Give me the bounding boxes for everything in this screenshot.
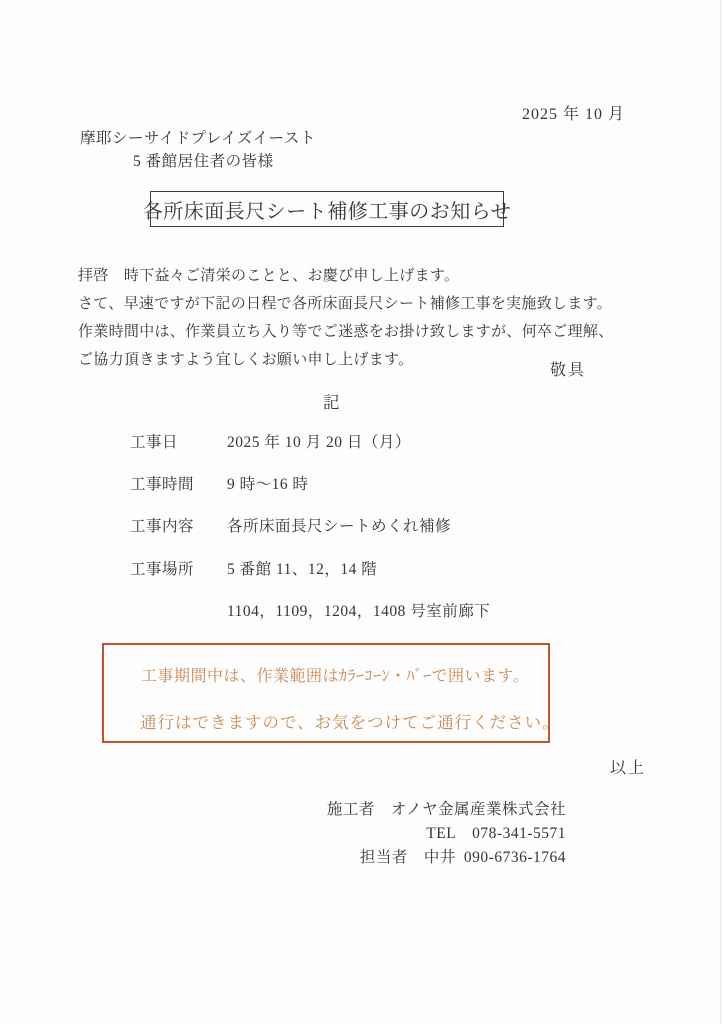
addressee-residents: 5 番館居住者の皆様 <box>133 149 274 171</box>
detail-value: 2025 年 10 月 20 日（月） <box>227 430 411 452</box>
contractor-name: オノヤ金属産業株式会社 <box>391 801 566 818</box>
contact-person-line: 担当者中井090-6736-1764 <box>327 846 566 870</box>
greeting-line: 拝啓 時下益々ご清栄のことと、お慶び申し上げます。 <box>78 262 614 290</box>
notice-title-box: 各所床面長尺シート補修工事のお知らせ <box>150 191 504 227</box>
closing-keigu: 敬具 <box>550 357 586 380</box>
detail-row-construction-content: 工事内容 各所床面長尺シートめくれ補修 <box>0 514 724 536</box>
detail-row-construction-date: 工事日 2025 年 10 月 20 日（月） <box>0 430 724 452</box>
detail-label: 工事内容 <box>130 514 194 536</box>
end-marker-ijou: 以上 <box>610 755 646 778</box>
greeting-line: 作業時間中は、作業員立ち入り等でご迷惑をお掛け致しますが、何卒ご理解、 <box>78 318 614 346</box>
detail-label: 工事日 <box>130 430 178 452</box>
tel-label: TEL <box>426 825 456 842</box>
contractor-line: 施工者オノヤ金属産業株式会社 <box>327 798 566 822</box>
tel-line: TEL078-341-5571 <box>327 822 566 846</box>
detail-row-construction-hours: 工事時間 9 時～16 時 <box>0 472 724 494</box>
greeting-line: さて、早速ですが下記の日程で各所床面長尺シート補修工事を実施致します。 <box>78 290 614 318</box>
scanned-notice-document: 2025 年 10 月 摩耶シーサイドプレイズイースト 5 番館居住者の皆様 各… <box>0 0 724 1024</box>
addressee-building-name: 摩耶シーサイドプレイズイースト <box>80 126 316 148</box>
greeting-line: ご協力頂きますよう宜しくお願い申し上げます。 <box>78 346 614 374</box>
caution-line-1: 工事期間中は、作業範囲はｶﾗｰｺｰﾝ・ﾊﾞｰで囲います。 <box>141 663 529 686</box>
document-date: 2025 年 10 月 <box>522 101 625 124</box>
greeting-paragraph: 拝啓 時下益々ご清栄のことと、お慶び申し上げます。 さて、早速ですが下記の日程で… <box>78 262 614 374</box>
contact-person-name: 中井 <box>424 849 456 866</box>
detail-row-construction-place: 工事場所 5 番館 11、12，14 階 <box>0 557 724 579</box>
tel-number: 078-341-5571 <box>472 825 566 842</box>
detail-value: 各所床面長尺シートめくれ補修 <box>227 514 451 536</box>
contractor-label: 施工者 <box>327 801 375 818</box>
detail-label: 工事場所 <box>130 557 194 579</box>
caution-line-2: 通行はできますので、お気をつけてご通行ください。 <box>140 709 560 733</box>
room-number-list: 1104，1109，1204，1408 号室前廊下 <box>227 599 490 621</box>
scan-edge-artifact <box>720 0 721 1024</box>
detail-value: 5 番館 11、12，14 階 <box>227 557 377 579</box>
detail-label: 工事時間 <box>130 472 194 494</box>
contact-label: 担当者 <box>360 849 408 866</box>
detail-value: 9 時～16 時 <box>227 472 309 494</box>
contact-person-number: 090-6736-1764 <box>464 849 566 866</box>
notice-title: 各所床面長尺シート補修工事のお知らせ <box>143 195 511 224</box>
record-marker: 記 <box>323 389 340 413</box>
contractor-block: 施工者オノヤ金属産業株式会社 TEL078-341-5571 担当者中井090-… <box>327 798 566 870</box>
